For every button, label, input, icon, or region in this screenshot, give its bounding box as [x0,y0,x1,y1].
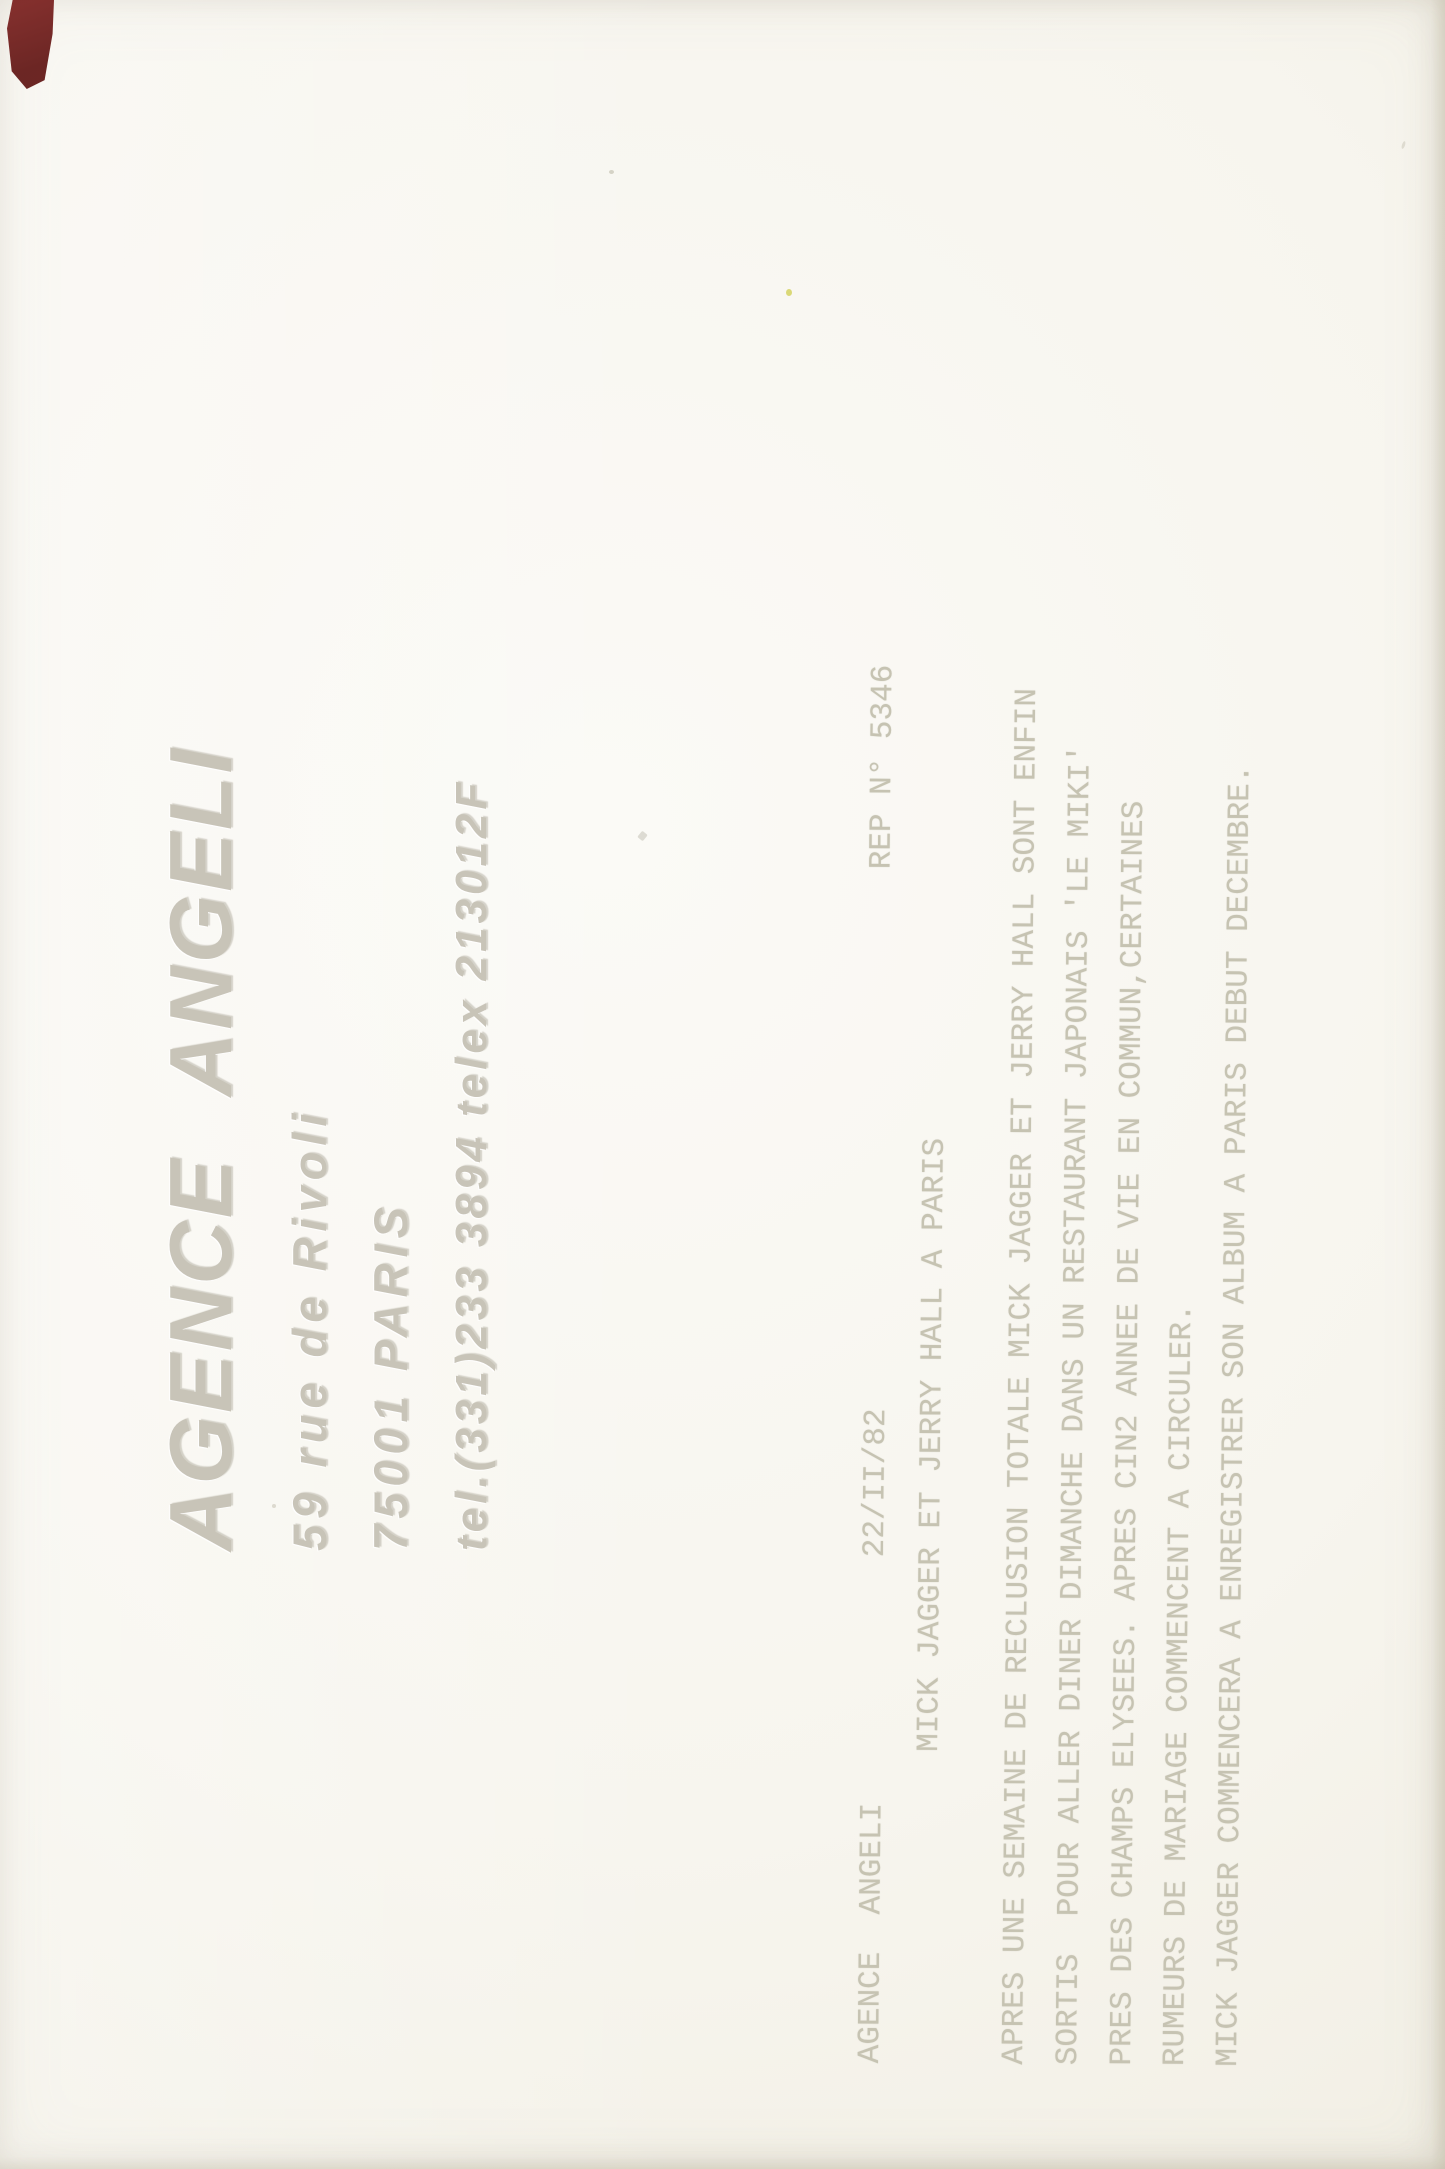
caption-body-line: PRES DES CHAMPS ELYSEES. APRES CIN2 ANNE… [1104,801,1154,2066]
caption-body-line: MICK JAGGER COMMENCERA A ENREGISTRER SON… [1210,764,1260,2067]
caption-title: MICK JAGGER ET JERRY HALL A PARIS [911,1138,955,1752]
caption-agency: AGENCE ANGELI [852,1803,892,2064]
caption-body-line: SORTIS POUR ALLER DINER DIMANCHE DANS UN… [1050,744,1101,2065]
rotated-document: AGENCE ANGELI 59 rue de Rivoli 75001 PAR… [0,0,1445,2169]
caption-date: 22/II/82 [857,1408,896,1557]
caption-body-line: APRES UNE SEMAINE DE RECLUSION TOTALE MI… [996,688,1047,2065]
caption-body-line: RUMEURS DE MARIAGE COMMENCENT A CIRCULER… [1157,1303,1202,2066]
photo-back-page: AGENCE ANGELI 59 rue de Rivoli 75001 PAR… [0,0,1445,2169]
typed-caption: AGENCE ANGELI 22/II/82 REP N° 5346 MICK … [0,0,1445,2169]
caption-reference-number: REP N° 5346 [863,665,903,870]
